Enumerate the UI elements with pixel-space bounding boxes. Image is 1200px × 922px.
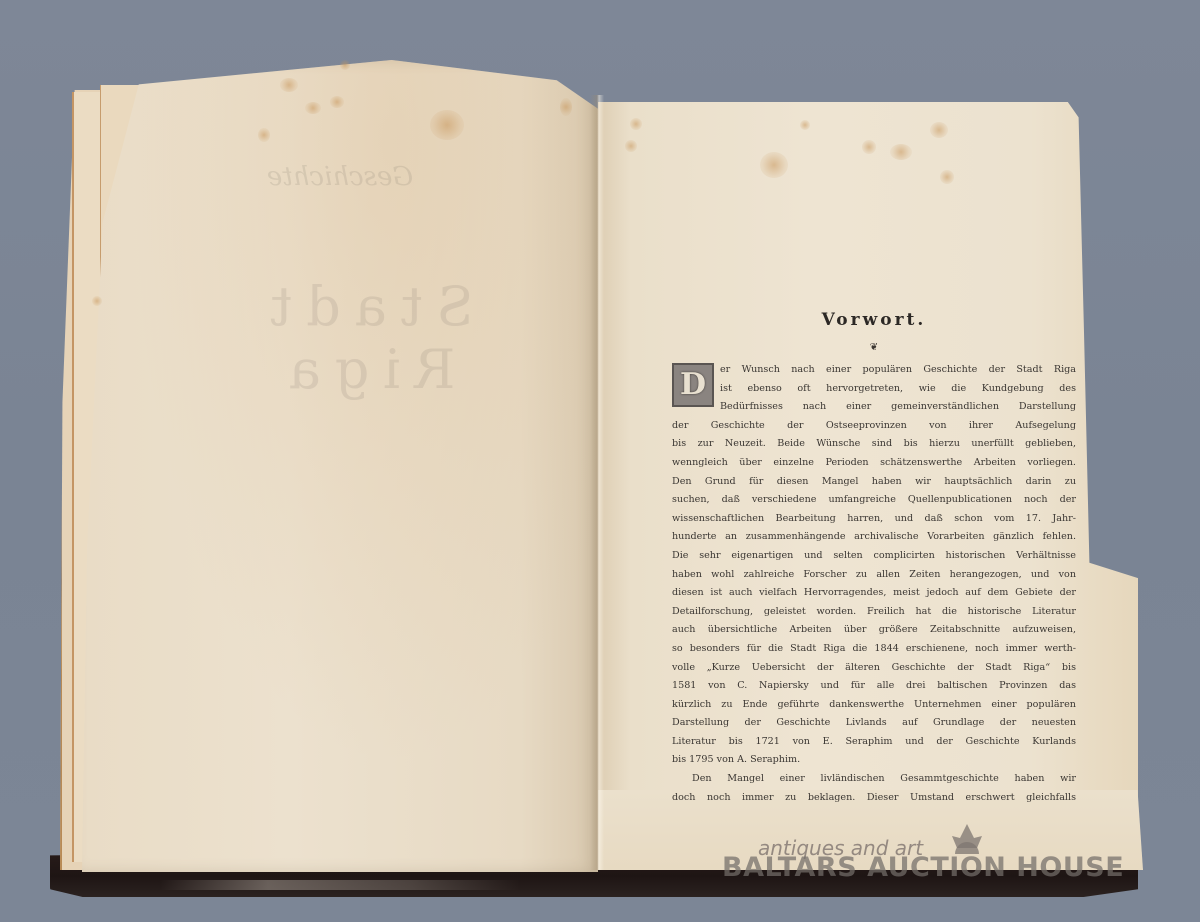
text-line: 1581 von C. Napiersky und für alle drei …: [672, 677, 1076, 696]
text-line: Den Grund für diesen Mangel haben wir ha…: [672, 473, 1076, 492]
text-line: Den Mangel einer livländischen Gesammtge…: [672, 770, 1076, 789]
text-line: so besonders für die Stadt Riga die 1844…: [672, 640, 1076, 659]
text-line: Bedürfnisses nach einer gemeinverständli…: [720, 398, 1076, 417]
text-line: hunderte an zusammenhängende archivalisc…: [672, 528, 1076, 547]
text-line: ist ebenso oft hervorgetreten, wie die K…: [720, 380, 1076, 399]
preface-text-block: Vorwort. ❦ D er Wunsch nach einer populä…: [672, 310, 1076, 807]
text-line: bis zur Neuzeit. Beide Wünsche sind bis …: [672, 435, 1076, 454]
text-line: Darstellung der Geschichte Livlands auf …: [672, 714, 1076, 733]
page-heading: Vorwort.: [672, 310, 1076, 334]
text-line: Detailforschung, geleistet worden. Freil…: [672, 603, 1076, 622]
text-line: wissenschaftlichen Bearbeitung harren, u…: [672, 510, 1076, 529]
text-line: Die sehr eigenartigen und selten complic…: [672, 547, 1076, 566]
bleed-through-title: Stadt Riga: [175, 275, 555, 401]
text-line: Literatur bis 1721 von E. Seraphim und d…: [672, 733, 1076, 752]
text-line: doch noch immer zu beklagen. Dieser Umst…: [672, 789, 1076, 808]
book-gutter: [590, 95, 604, 870]
crown-logo-icon: [950, 824, 984, 854]
ornament-icon: ❦: [672, 342, 1076, 353]
text-line: kürzlich zu Ende geführte dankenswerthe …: [672, 696, 1076, 715]
text-line: suchen, daß verschiedene umfangreiche Qu…: [672, 491, 1076, 510]
text-line: bis 1795 von A. Seraphim.: [672, 751, 1076, 770]
text-line: auch übersichtliche Arbeiten über größer…: [672, 621, 1076, 640]
decorated-drop-cap: D: [672, 363, 714, 407]
drop-cap-letter: D: [674, 367, 712, 402]
bleed-through-text: Geschichte: [240, 162, 440, 192]
text-line: wenngleich über einzelne Perioden schätz…: [672, 454, 1076, 473]
text-line: haben wohl zahlreiche Forscher zu allen …: [672, 566, 1076, 585]
watermark-brand: BALTARS AUCTION HOUSE: [722, 852, 1124, 883]
text-line: er Wunsch nach einer populären Geschicht…: [720, 361, 1076, 380]
text-line: der Geschichte der Ostseeprovinzen von i…: [672, 417, 1076, 436]
text-line: diesen ist auch vielfach Hervorragendes,…: [672, 584, 1076, 603]
cover-scuff-mark: [160, 880, 520, 890]
text-line: volle „Kurze Uebersicht der älteren Gesc…: [672, 659, 1076, 678]
